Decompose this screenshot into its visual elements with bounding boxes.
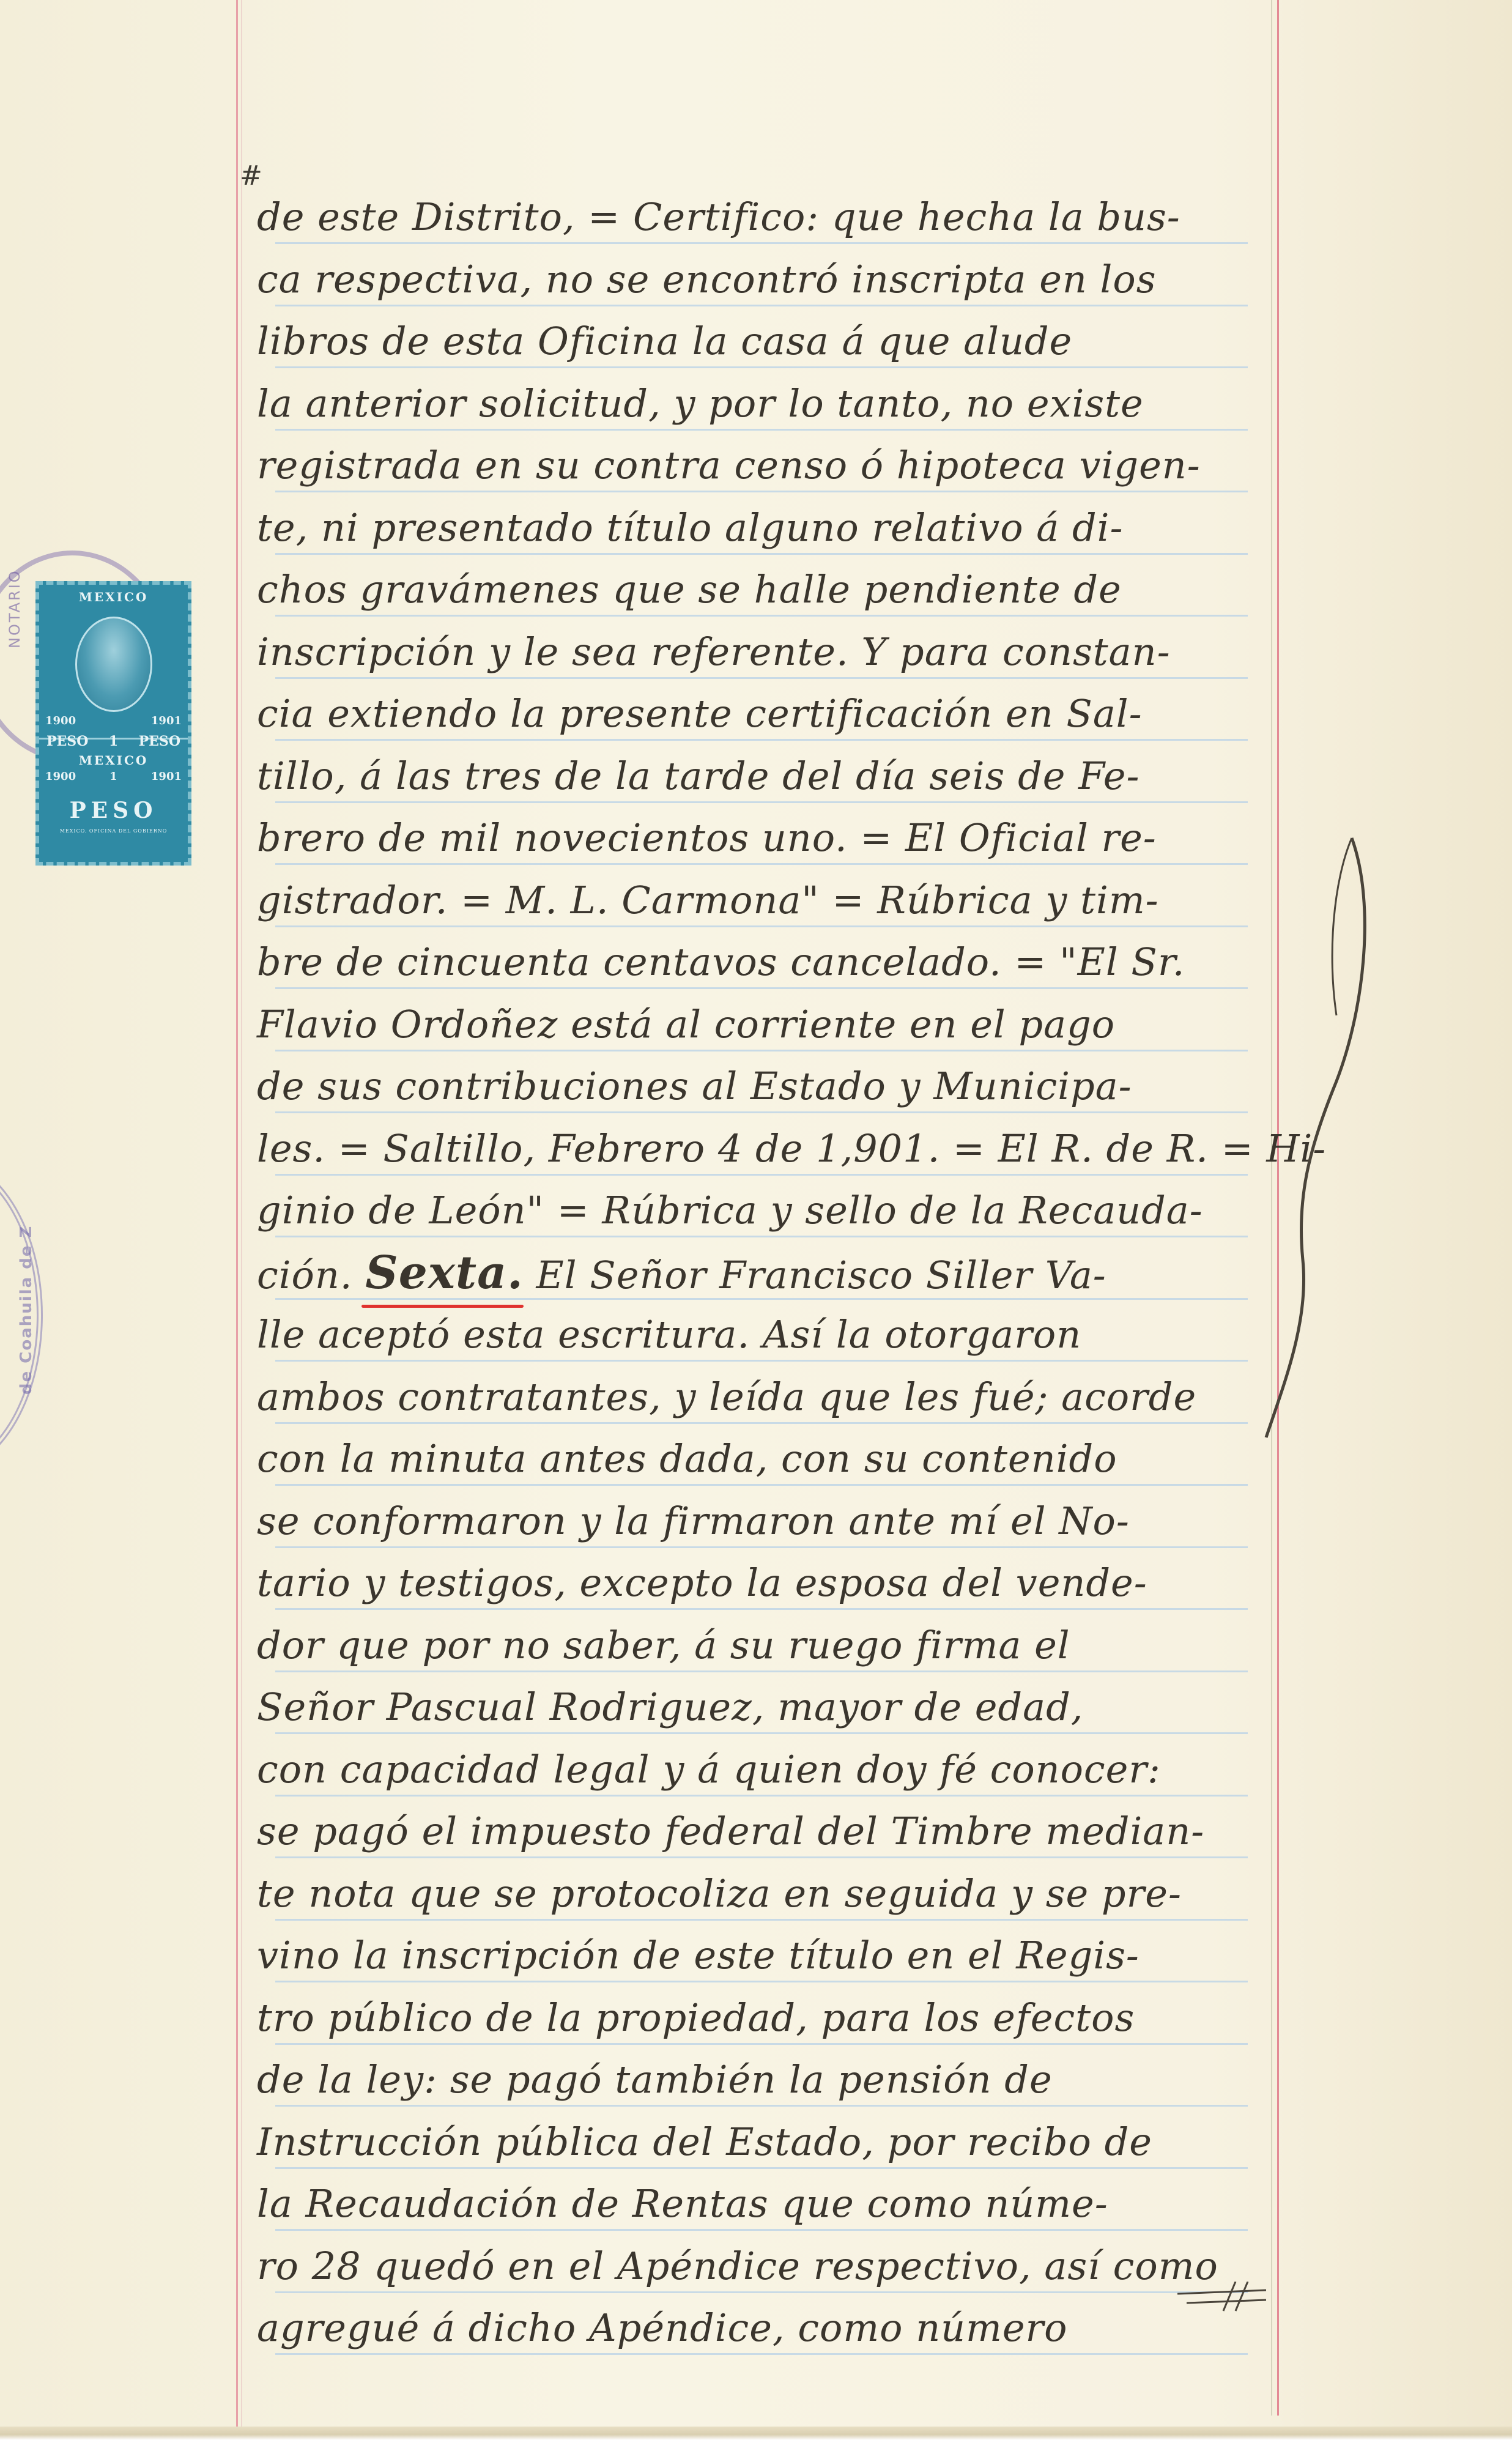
text-line: ginio de León" = Rúbrica y sello de la R… xyxy=(257,1183,1260,1245)
stamp-year-left: 1900 xyxy=(45,714,76,727)
revenue-stamp-upper: MEXICO 1900 1901 PESO 1 PESO xyxy=(39,585,188,740)
text-line: ro 28 quedó en el Apéndice respectivo, a… xyxy=(257,2239,1260,2301)
text-line: bre de cincuenta centavos cancelado. = "… xyxy=(257,935,1260,997)
text-line: Instrucción pública del Estado, por reci… xyxy=(257,2115,1260,2177)
handwritten-body: de este Distrito, = Certifico: que hecha… xyxy=(257,190,1260,2363)
stamp-lower-years: 1900 1 1901 xyxy=(39,768,188,785)
stamp-denomination-row: PESO 1 PESO xyxy=(39,730,188,753)
notary-seal-upper-text: NOTARIO xyxy=(6,569,23,648)
text-line: tro público de la propiedad, para los ef… xyxy=(257,1990,1260,2053)
stamp-denomination-label-right: PESO xyxy=(139,733,180,749)
text-line: te, ni presentado título alguno relativo… xyxy=(257,500,1260,563)
text-line: ambos contratantes, y leída que les fué;… xyxy=(257,1370,1260,1432)
text-line: Flavio Ordoñez está al corriente en el p… xyxy=(257,997,1260,1059)
text-line: vino la inscripción de este título en el… xyxy=(257,1928,1260,1990)
stamp-denomination-value: 1 xyxy=(109,733,118,749)
revenue-stamp-lower: MEXICO 1900 1 1901 PESO MEXICO. OFICINA … xyxy=(39,740,188,834)
page-start-marker: # xyxy=(240,160,262,191)
text-line: les. = Saltillo, Febrero 4 de 1,901. = E… xyxy=(257,1121,1260,1184)
text-line: agregué á dicho Apéndice, como número xyxy=(257,2301,1260,2363)
stamp-printer: MEXICO. OFICINA DEL GOBIERNO xyxy=(39,828,188,834)
margin-flourish-icon xyxy=(1260,832,1370,1444)
text-line: inscripción y le sea referente. Y para c… xyxy=(257,625,1260,687)
text-line: chos gravámenes que se halle pendiente d… xyxy=(257,562,1260,625)
stamp-lower-year-right: 1901 xyxy=(151,770,182,783)
text-line: tillo, á las tres de la tarde del día se… xyxy=(257,749,1260,811)
text-line: registrada en su contra censo ó hipoteca… xyxy=(257,438,1260,500)
text-line: de la ley: se pagó también la pensión de xyxy=(257,2052,1260,2115)
clause-line: ción. Sexta. El Señor Francisco Siller V… xyxy=(257,1245,1260,1308)
text-line: de este Distrito, = Certifico: que hecha… xyxy=(257,190,1260,252)
stamp-portrait-icon xyxy=(75,617,152,712)
text-line: con capacidad legal y á quien doy fé con… xyxy=(257,1742,1260,1804)
text-fragment: ción. xyxy=(257,1253,353,1297)
stamp-lower-value: 1 xyxy=(109,770,117,783)
text-line: lle aceptó esta escritura. Así la otorga… xyxy=(257,1307,1260,1370)
left-margin-rule-secondary xyxy=(241,0,242,2440)
text-line: se conformaron y la firmaron ante mí el … xyxy=(257,1494,1260,1556)
text-line: la anterior solicitud, y por lo tanto, n… xyxy=(257,376,1260,439)
text-line: te nota que se protocoliza en seguida y … xyxy=(257,1866,1260,1929)
page-end-marker-icon xyxy=(1177,2282,1266,2312)
stamp-lower-year-left: 1900 xyxy=(45,770,76,783)
text-line: Señor Pascual Rodriguez, mayor de edad, xyxy=(257,1680,1260,1742)
text-line: cia extiendo la presente certificación e… xyxy=(257,686,1260,749)
stamp-years: 1900 1901 xyxy=(39,712,188,730)
text-line: dor que por no saber, á su ruego firma e… xyxy=(257,1618,1260,1680)
text-line: la Recaudación de Rentas que como núme- xyxy=(257,2176,1260,2239)
state-seal-lower-text: de Coahuila de Z xyxy=(17,1225,35,1395)
text-line: con la minuta antes dada, con su conteni… xyxy=(257,1431,1260,1494)
page-bottom-edge xyxy=(0,2427,1512,2440)
text-line: de sus contribuciones al Estado y Munici… xyxy=(257,1059,1260,1121)
text-line: gistrador. = M. L. Carmona" = Rúbrica y … xyxy=(257,873,1260,935)
left-margin-rule xyxy=(236,0,238,2440)
document-page: NOTARIO de Coahuila de Z MEXICO 1900 190… xyxy=(0,0,1512,2440)
stamp-lower-label: PESO xyxy=(39,798,188,823)
text-line: brero de mil novecientos uno. = El Ofici… xyxy=(257,810,1260,873)
text-line: tario y testigos, excepto la esposa del … xyxy=(257,1556,1260,1618)
clause-heading-sexta: Sexta. xyxy=(365,1247,524,1299)
revenue-stamp: MEXICO 1900 1901 PESO 1 PESO MEXICO 1900… xyxy=(35,581,191,866)
stamp-denomination-label: PESO xyxy=(46,733,88,749)
text-fragment: El Señor Francisco Siller Va- xyxy=(536,1253,1106,1297)
stamp-year-right: 1901 xyxy=(151,714,182,727)
text-line: ca respectiva, no se encontró inscripta … xyxy=(257,252,1260,314)
text-line: se pagó el impuesto federal del Timbre m… xyxy=(257,1804,1260,1866)
text-line: libros de esta Oficina la casa á que alu… xyxy=(257,314,1260,376)
stamp-country: MEXICO xyxy=(39,585,188,604)
